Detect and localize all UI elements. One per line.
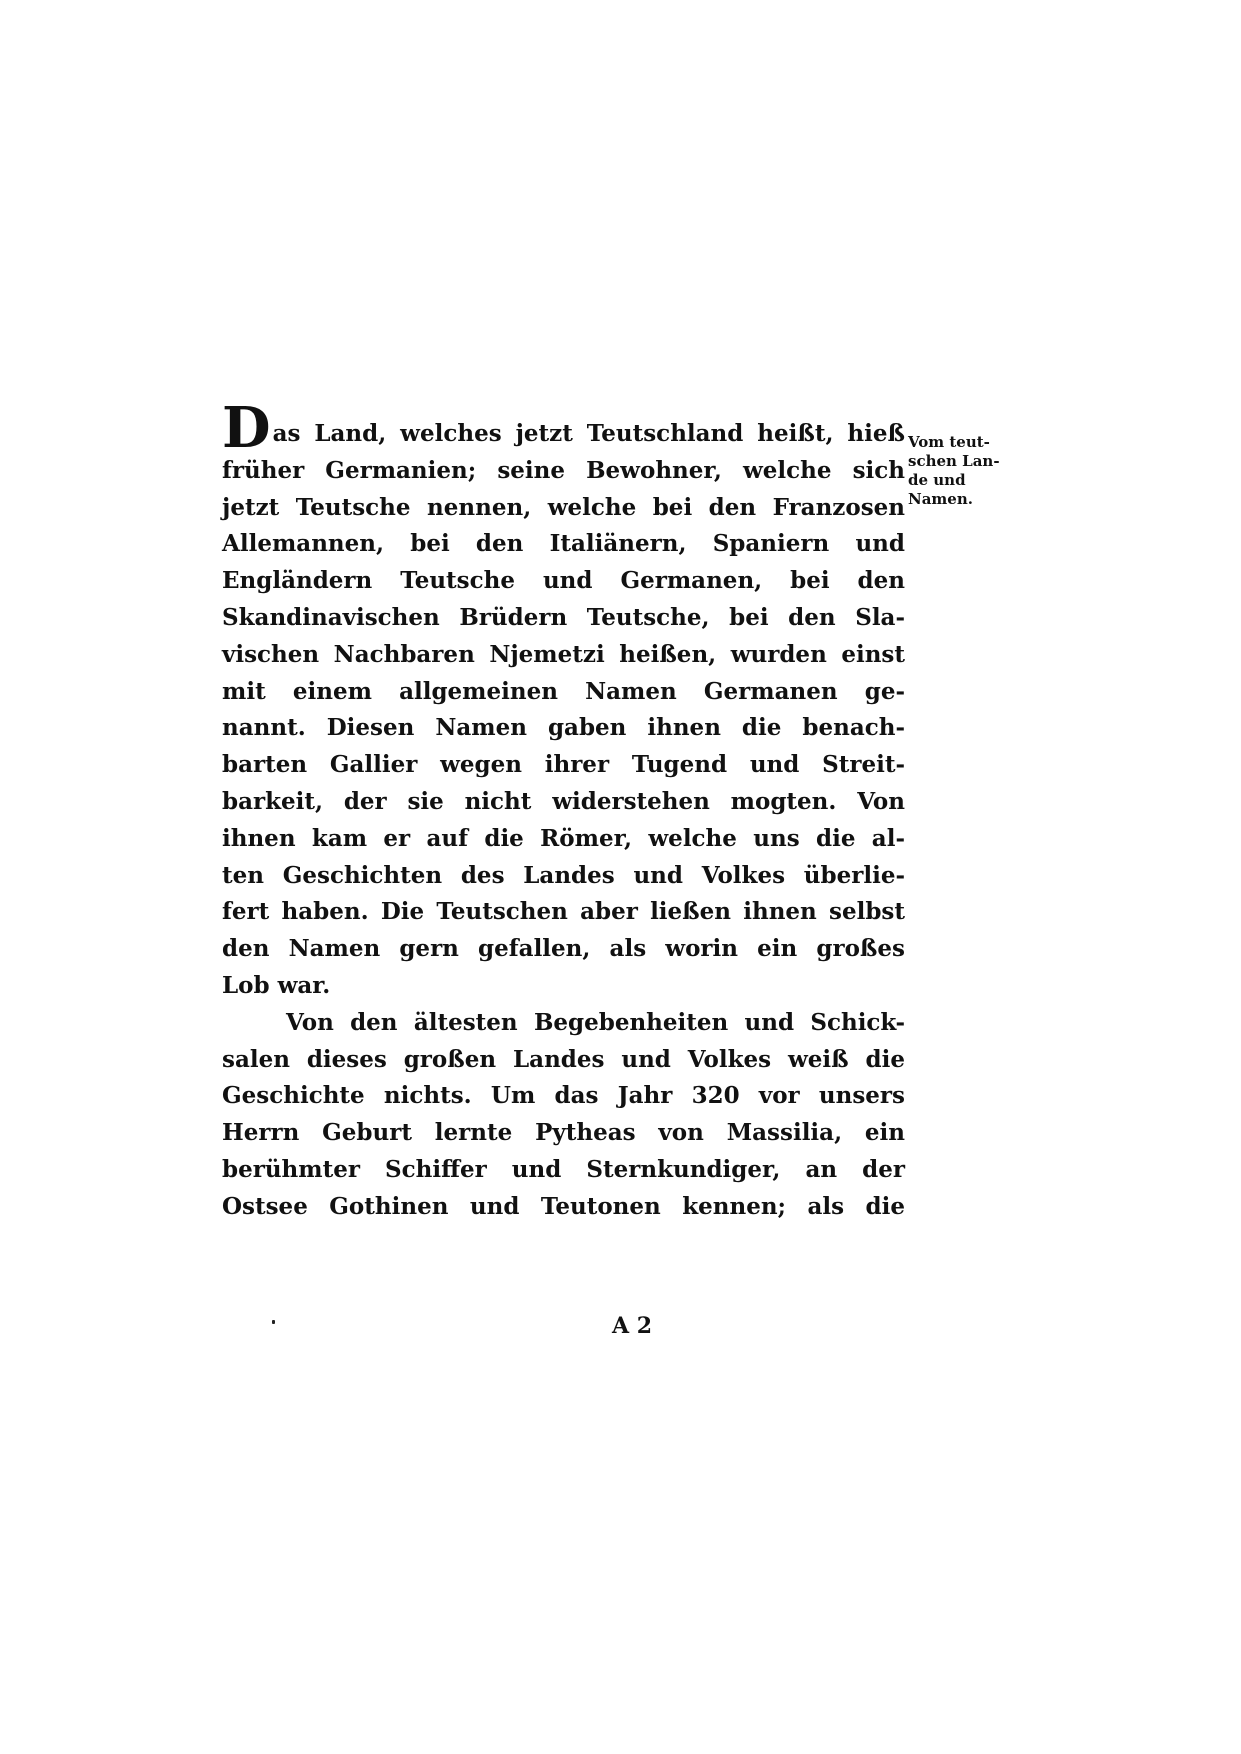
- text-line: früher Germanien; seine Bewohner, welche…: [222, 453, 905, 490]
- text-line: Allemannen, bei den Italiänern, Spaniern…: [222, 526, 905, 563]
- text-line: Herrn Geburt lernte Pytheas von Massilia…: [222, 1115, 905, 1152]
- ink-speck: [272, 1320, 275, 1324]
- text-line: Lob war.: [222, 968, 905, 1005]
- text-line: mit einem allgemeinen Namen Germanen ge-: [222, 674, 905, 711]
- margin-note-line: Vom teut-: [908, 433, 1008, 452]
- text-line: fert haben. Die Teutschen aber ließen ih…: [222, 894, 905, 931]
- text-line-1-content: as Land, welches jetzt Teutschland heißt…: [273, 420, 905, 447]
- text-line: berühmter Schiffer und Sternkundiger, an…: [222, 1152, 905, 1189]
- margin-note: Vom teut- schen Lan- de und Namen.: [908, 433, 1008, 509]
- margin-note-line: de und: [908, 471, 1008, 490]
- text-line: Skandinavischen Brüdern Teutsche, bei de…: [222, 600, 905, 637]
- text-line: jetzt Teutsche nennen, welche bei den Fr…: [222, 490, 905, 527]
- text-line-1: D as Land, welches jetzt Teutschland hei…: [222, 416, 905, 453]
- drop-cap: D: [222, 406, 271, 450]
- book-page: D as Land, welches jetzt Teutschland hei…: [0, 0, 1241, 1754]
- margin-note-line: schen Lan-: [908, 452, 1008, 471]
- text-line: salen dieses großen Landes und Volkes we…: [222, 1042, 905, 1079]
- signature-mark: A 2: [612, 1313, 652, 1339]
- text-line: ihnen kam er auf die Römer, welche uns d…: [222, 821, 905, 858]
- text-line: ten Geschichten des Landes und Volkes üb…: [222, 858, 905, 895]
- text-line: vischen Nachbaren Njemetzi heißen, wurde…: [222, 637, 905, 674]
- text-line: den Namen gern gefallen, als worin ein g…: [222, 931, 905, 968]
- text-line: barkeit, der sie nicht widerstehen mogte…: [222, 784, 905, 821]
- text-line: nannt. Diesen Namen gaben ihnen die bena…: [222, 710, 905, 747]
- text-line: barten Gallier wegen ihrer Tugend und St…: [222, 747, 905, 784]
- text-line: Geschichte nichts. Um das Jahr 320 vor u…: [222, 1078, 905, 1115]
- text-line: Ostsee Gothinen und Teutonen kennen; als…: [222, 1189, 905, 1226]
- text-line: Engländern Teutsche und Germanen, bei de…: [222, 563, 905, 600]
- paragraph-start-line: Von den ältesten Begebenheiten und Schic…: [222, 1005, 905, 1042]
- body-text: D as Land, welches jetzt Teutschland hei…: [222, 416, 905, 1226]
- margin-note-line: Namen.: [908, 490, 1008, 509]
